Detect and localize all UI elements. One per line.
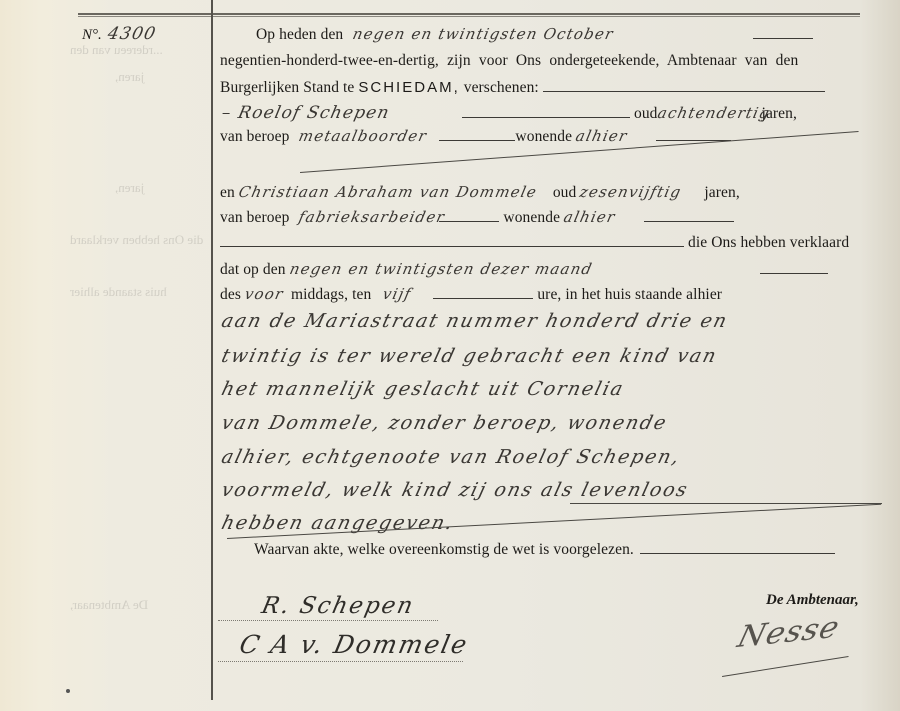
event-date-line: dat op den negen en twintigsten dezer ma… xyxy=(220,260,828,279)
signature-father: R. Schepen xyxy=(259,593,417,619)
official-label: De Ambtenaar, xyxy=(766,592,859,609)
person1-residence: alhier xyxy=(574,127,658,145)
person1-name: – Roelof Schepen xyxy=(220,103,464,123)
ghost-text: jaren, xyxy=(115,180,144,196)
body-line: alhier, echtgenoote van Roelof Schepen, xyxy=(219,446,683,468)
person1-age: achtendertig xyxy=(656,104,760,122)
body-line: aan de Mariastraat nummer honderd drie e… xyxy=(219,310,730,332)
header-rule xyxy=(78,16,860,17)
number-label: N°. xyxy=(82,27,102,43)
line-date: Op heden den negen en twintigsten Octobe… xyxy=(256,25,813,44)
person2-job: fabrieksarbeider xyxy=(298,208,442,226)
certificate-page: ...rdereeu van den jaren, jaren, die Ons… xyxy=(0,0,900,711)
ghost-text: De Ambtenaar, xyxy=(70,597,148,613)
body-line: twintig is ter wereld gebracht een kind … xyxy=(219,345,720,367)
line-place: Burgerlijken Stand te SCHIEDAM, verschen… xyxy=(220,79,825,97)
certificate-number: N°.4300 xyxy=(82,24,156,44)
signature-witness: C A v. Dommele xyxy=(237,630,471,659)
ghost-text: huis staande alhier xyxy=(70,284,167,300)
signature-line xyxy=(218,620,438,621)
closing-dash xyxy=(570,503,882,504)
time-line: des voor middags, ten vijf ure, in het h… xyxy=(220,285,722,304)
ink-spot xyxy=(66,689,70,693)
body-line: van Dommele, zonder beroep, wonende xyxy=(219,412,670,434)
header-rule xyxy=(78,13,860,15)
closing-line: Waarvan akte, welke overeenkomstig de we… xyxy=(254,541,835,559)
margin-divider xyxy=(211,0,213,700)
person2-age: zesenvijftig xyxy=(578,183,702,201)
person2-line: en Christiaan Abraham van Dommele oud ze… xyxy=(220,183,740,202)
body-line: het mannelijk geslacht uit Cornelia xyxy=(219,378,626,400)
time-hour: vijf xyxy=(381,285,435,303)
city: SCHIEDAM, xyxy=(358,79,459,96)
ghost-text: ...rdereeu van den xyxy=(70,42,163,58)
time-period: voor xyxy=(243,285,289,303)
event-date: negen en twintigsten dezer maand xyxy=(288,260,762,278)
official-signature: Nesse xyxy=(734,610,844,655)
body-line: hebben aangegeven. xyxy=(219,512,456,534)
ghost-text: die Ons hebben verklaard xyxy=(70,232,203,248)
body-line: voormeld, welk kind zij ons als levenloo… xyxy=(219,479,691,501)
person1-job: metaalboorder xyxy=(298,127,442,145)
person1-line: – Roelof Schepen oudachtendertig jaren, xyxy=(222,103,797,123)
line-year: negentien-honderd-twee-en-dertig, zijn v… xyxy=(220,52,798,70)
person2-name: Christiaan Abraham van Dommele xyxy=(237,183,551,201)
signature-line xyxy=(218,661,463,662)
declared-line: die Ons hebben verklaard xyxy=(220,234,849,252)
date-handwritten: negen en twintigsten October xyxy=(351,25,755,43)
person1-job-line: van beroep metaalboorderwonende alhier xyxy=(220,127,731,146)
ghost-text: jaren, xyxy=(115,69,144,85)
person2-job-line: van beroep fabrieksarbeider wonende alhi… xyxy=(220,208,734,227)
signature-flourish xyxy=(722,656,849,677)
person2-residence: alhier xyxy=(562,208,646,226)
number-value: 4300 xyxy=(106,24,158,44)
